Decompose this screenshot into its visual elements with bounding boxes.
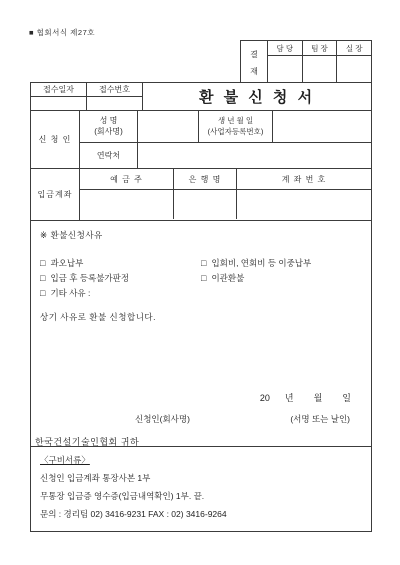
approval-col-staff-sign-cell[interactable]: [268, 56, 302, 84]
deposit-account-value-row: [80, 190, 371, 219]
refund-reason-section: ※ 환불신청사유 □ 과오납부 □ 입회비, 연회비 등 이중납부 □ 입금 후…: [31, 221, 371, 446]
applicant-section: 신 청 인 성 명 (회사명) 생 년 월 일 (사업자등록번호) 연락처: [31, 111, 371, 169]
applicant-name-field[interactable]: [138, 111, 199, 142]
refund-application-form-page: ■ 협회서식 제27호 결 재 담 당 팀 장 실 장 접수일자 접수: [0, 0, 400, 565]
reception-date-label: 접수일자: [31, 83, 86, 97]
approval-col-team-leader-sign-cell[interactable]: [303, 56, 337, 84]
form-number-label: ■ 협회서식 제27호: [29, 27, 95, 38]
required-documents-section: 〈구비서류〉 신청인 입금계좌 통장사본 1부 무통장 입금증 영수증(입금내역…: [31, 446, 371, 531]
declaration-text: 상기 사유로 환불 신청합니다.: [40, 311, 156, 323]
approval-col-director: 실 장: [336, 41, 371, 84]
deposit-account-section-label: 입금계좌: [31, 169, 80, 220]
account-number-field[interactable]: [237, 190, 371, 219]
reception-no-col: 접수번호: [87, 83, 143, 110]
signature-seal-label: (서명 또는 날인): [290, 413, 350, 425]
reception-title-row: 접수일자 접수번호 환 불 신 청 서: [31, 83, 371, 111]
account-number-label: 계 좌 번 호: [237, 169, 371, 189]
checkbox-double-payment[interactable]: □ 입회비, 연회비 등 이중납부: [201, 257, 311, 269]
approval-col-director-header: 실 장: [337, 41, 371, 56]
checkbox-icon[interactable]: □: [40, 259, 45, 268]
bank-name-field[interactable]: [174, 190, 237, 219]
date-line: 20 년 월 일: [260, 391, 351, 404]
checkbox-label: 입금 후 등록불가판정: [50, 272, 129, 284]
approval-label-char-2: 재: [250, 66, 258, 77]
reception-no-field[interactable]: [87, 97, 142, 110]
reception-date-field[interactable]: [31, 97, 86, 110]
checkbox-label: 기타 사유 :: [50, 287, 90, 299]
checkbox-transfer-refund[interactable]: □ 이관환불: [201, 272, 244, 284]
account-holder-field[interactable]: [80, 190, 174, 219]
approval-box: 결 재 담 당 팀 장 실 장: [240, 40, 372, 85]
applicant-section-label: 신 청 인: [31, 111, 80, 168]
approval-col-director-sign-cell[interactable]: [337, 56, 371, 84]
applicant-contact-label: 연락처: [80, 143, 138, 168]
reception-date-col: 접수일자: [31, 83, 87, 110]
required-document-item: 신청인 입금계좌 통장사본 1부: [40, 472, 150, 484]
checkbox-overpayment[interactable]: □ 과오납부: [40, 257, 83, 269]
checkbox-other-reason[interactable]: □ 기타 사유 :: [40, 287, 90, 299]
approval-col-team-leader-header: 팀 장: [303, 41, 337, 56]
deposit-account-header-row: 예 금 주 은 행 명 계 좌 번 호: [80, 169, 371, 190]
page-title: 환 불 신 청 서: [143, 83, 371, 110]
applicant-birthdate-field[interactable]: [273, 111, 371, 142]
checkbox-icon[interactable]: □: [201, 274, 206, 283]
required-document-item: 무통장 입금증 영수증(입금내역확인) 1부. 끝.: [40, 490, 204, 502]
required-documents-heading: 〈구비서류〉: [40, 454, 90, 466]
checkbox-icon[interactable]: □: [40, 274, 45, 283]
applicant-contact-row: 연락처: [80, 143, 371, 168]
main-form-table: 접수일자 접수번호 환 불 신 청 서 신 청 인 성 명 (회사명) 생 년 …: [30, 82, 372, 532]
refund-reason-heading: ※ 환불신청사유: [40, 229, 103, 241]
reception-no-label: 접수번호: [87, 83, 142, 97]
approval-label-char-1: 결: [250, 49, 258, 60]
applicant-birthdate-label: 생 년 월 일 (사업자등록번호): [199, 111, 273, 142]
approval-label: 결 재: [241, 41, 268, 84]
checkbox-registration-rejected[interactable]: □ 입금 후 등록불가판정: [40, 272, 129, 284]
bank-name-label: 은 행 명: [174, 169, 237, 189]
deposit-account-section: 입금계좌 예 금 주 은 행 명 계 좌 번 호: [31, 169, 371, 221]
approval-col-staff-header: 담 당: [268, 41, 302, 56]
checkbox-label: 입회비, 연회비 등 이중납부: [211, 257, 311, 269]
checkbox-label: 이관환불: [211, 272, 244, 284]
applicant-contact-field[interactable]: [138, 143, 371, 168]
checkbox-icon[interactable]: □: [40, 289, 45, 298]
applicant-name-row: 성 명 (회사명) 생 년 월 일 (사업자등록번호): [80, 111, 371, 143]
approval-col-staff: 담 당: [268, 41, 302, 84]
account-holder-label: 예 금 주: [80, 169, 174, 189]
checkbox-icon[interactable]: □: [201, 259, 206, 268]
checkbox-label: 과오납부: [50, 257, 83, 269]
signature-applicant-label: 신청인(회사명): [135, 413, 190, 425]
contact-info-text: 문의 : 경리팀 02) 3416-9231 FAX : 02) 3416-92…: [40, 508, 227, 520]
approval-col-team-leader: 팀 장: [302, 41, 337, 84]
applicant-name-label: 성 명 (회사명): [80, 111, 138, 142]
